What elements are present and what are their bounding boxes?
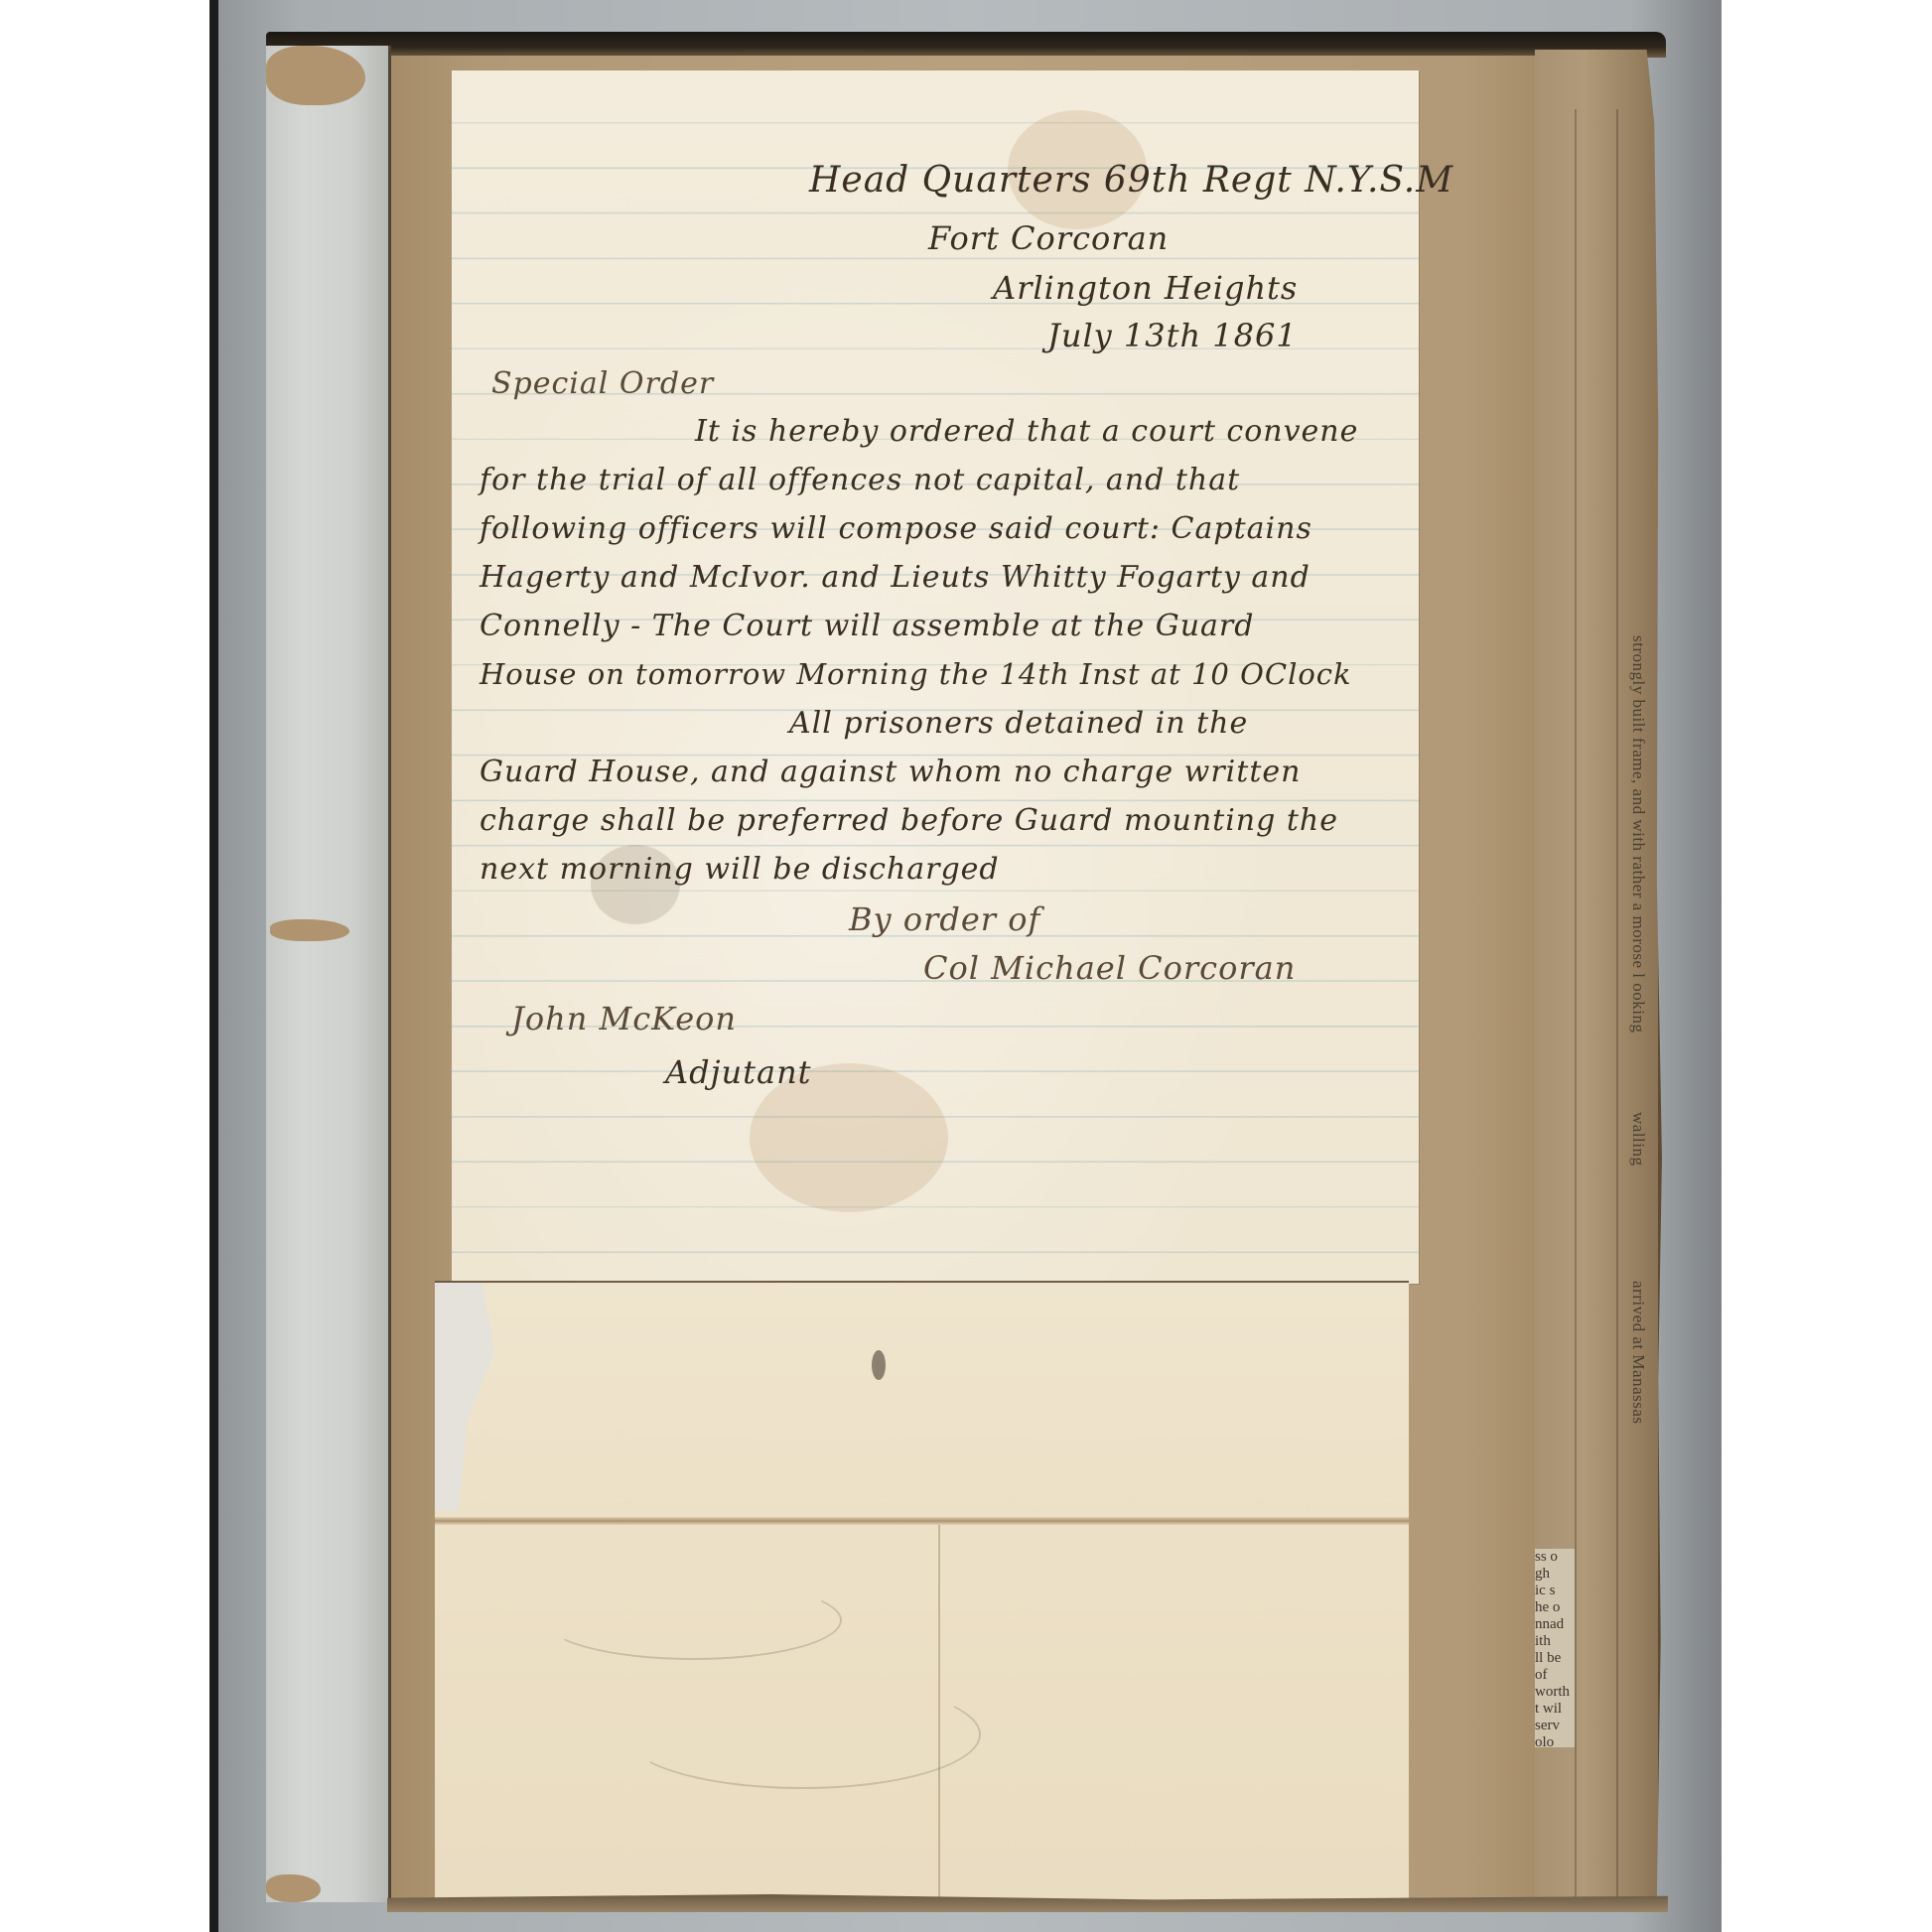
by-order-of: By order of xyxy=(849,900,1040,938)
book-spine xyxy=(266,46,391,1902)
backdrop-dark-edge xyxy=(209,0,218,1932)
body-line-4: Hagerty and McIvor. and Lieuts Whitty Fo… xyxy=(480,560,1311,595)
newsprint-margin-text: walling xyxy=(1628,1112,1648,1167)
folded-cover-sheet xyxy=(435,1281,1409,1900)
header-date: July 13th 1861 xyxy=(1047,317,1298,354)
handwritten-letter: Head Quarters 69th Regt N.Y.S.M Fort Cor… xyxy=(452,70,1419,1284)
torn-flap xyxy=(435,1283,494,1511)
body-line-2: for the trial of all offences not capita… xyxy=(480,463,1240,497)
horizontal-fold xyxy=(435,1517,1409,1525)
signature-title: Adjutant xyxy=(665,1053,812,1091)
body-line-6: House on tomorrow Morning the 14th Inst … xyxy=(480,657,1352,691)
header-line-2: Fort Corcoran xyxy=(928,219,1169,257)
signature-name: John McKeon xyxy=(511,1000,737,1037)
bleed-through-flourish xyxy=(544,1581,842,1660)
ink-blot xyxy=(872,1350,886,1380)
body-line-8: Guard House, and against whom no charge … xyxy=(480,755,1301,789)
body-line-1: It is hereby ordered that a court conven… xyxy=(695,414,1358,449)
newsprint-margin-text: arrived at Manassas xyxy=(1628,1281,1648,1425)
salutation: Special Order xyxy=(491,366,714,401)
spine-tear xyxy=(270,919,349,941)
body-line-10: next morning will be discharged xyxy=(480,852,1000,887)
newsprint-column-fragment: ss o gh ic s he o nnad ith ll be of wort… xyxy=(1535,1549,1575,1747)
body-line-9: charge shall be preferred before Guard m… xyxy=(480,803,1338,838)
book-top-edge xyxy=(266,32,1666,58)
newsprint-margin-text: strongly built frame, and with rather a … xyxy=(1628,635,1648,1033)
body-line-3: following officers will compose said cou… xyxy=(480,511,1312,546)
commander-name: Col Michael Corcoran xyxy=(923,949,1296,987)
spine-tear xyxy=(266,46,365,105)
body-line-7: All prisoners detained in the xyxy=(789,706,1248,741)
body-line-5: Connelly - The Court will assemble at th… xyxy=(480,609,1254,643)
header-line-3: Arlington Heights xyxy=(993,269,1298,307)
bleed-through-flourish xyxy=(623,1680,981,1789)
header-line-1: Head Quarters 69th Regt N.Y.S.M xyxy=(809,160,1453,201)
spine-tear xyxy=(266,1874,321,1902)
